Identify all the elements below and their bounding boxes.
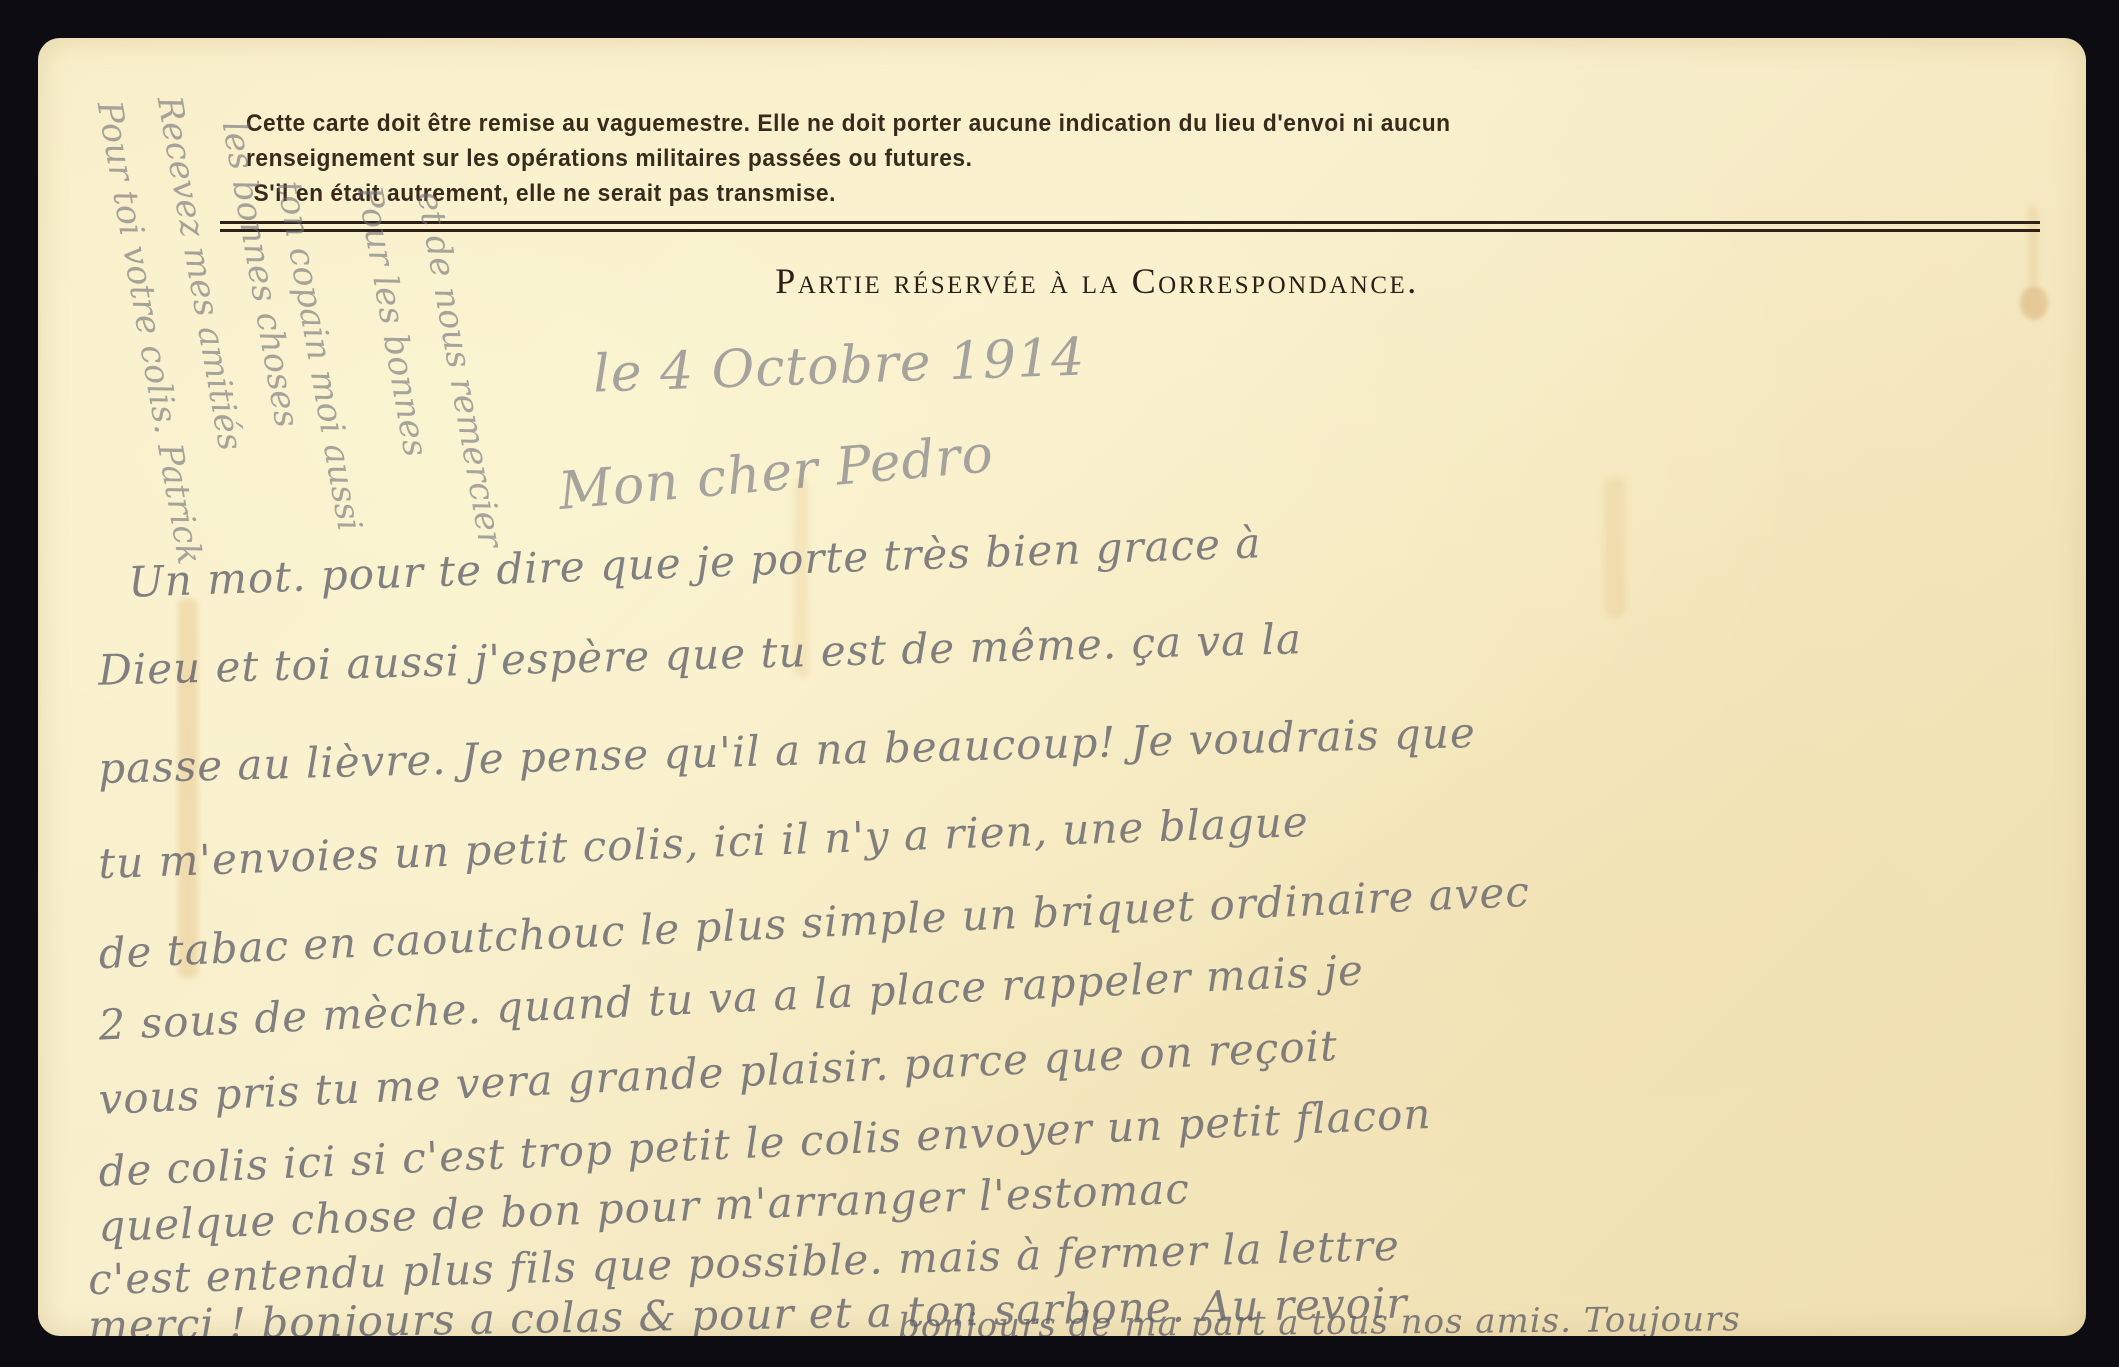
double-rule-bottom: [220, 229, 2040, 232]
notice-line-2: renseignement sur les opérations militai…: [246, 141, 1451, 176]
notice-line-1: Cette carte doit être remise au vaguemes…: [246, 106, 1451, 141]
handwritten-line: bonjours de ma part a tous nos amis. Tou…: [898, 1299, 1741, 1336]
handwritten-line: Un mot. pour te dire que je porte très b…: [127, 518, 1262, 607]
handwritten-date: le 4 Octobre 1914: [592, 327, 1086, 404]
handwritten-line: Dieu et toi aussi j'espère que tu est de…: [98, 614, 1303, 695]
handwritten-line: tu m'envoies un petit colis, ici il n'y …: [98, 797, 1310, 888]
double-rule-top: [220, 221, 2040, 224]
section-title: Partie réservée à la Correspondance.: [38, 260, 2086, 302]
postcard: Cette carte doit être remise au vaguemes…: [38, 38, 2086, 1336]
stain-streak-right: [1604, 478, 1626, 618]
handwritten-line: passe au lièvre. Je pense qu'il a na bea…: [98, 708, 1477, 793]
handwritten-salutation: Mon cher Pedro: [556, 424, 996, 522]
margin-note: et de nous remercier: [409, 188, 511, 551]
